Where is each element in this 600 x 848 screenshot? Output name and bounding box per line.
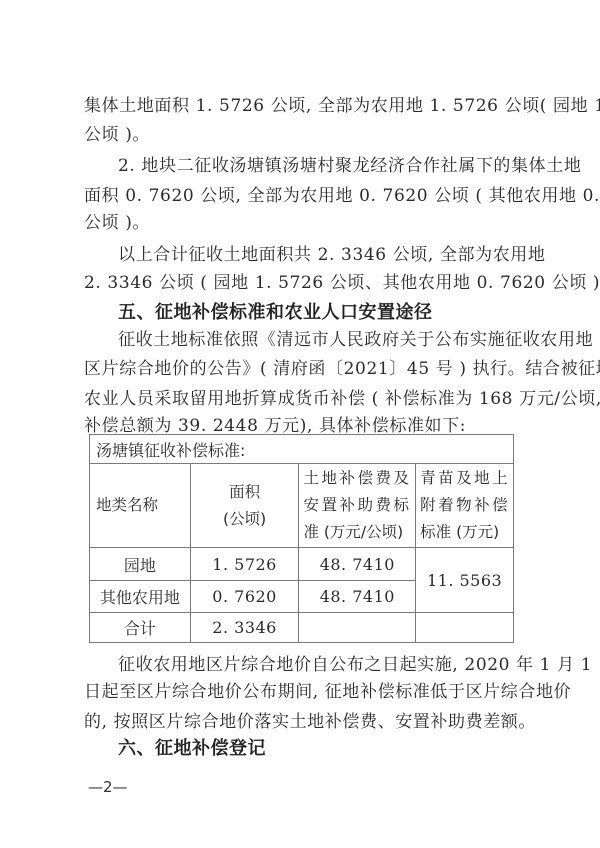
- cell-area: 1. 5726: [190, 548, 299, 581]
- paragraph-line: 公顷 )。: [84, 212, 534, 234]
- cell-total-area: 2. 3346: [190, 613, 299, 643]
- cell-land-type: 园地: [90, 548, 191, 581]
- cell-land-compensation: 48. 7410: [299, 581, 416, 613]
- compensation-table: 汤塘镇征收补偿标准: 地类名称 面积 (公顷) 土地补偿费及 安置补助费标 准 …: [89, 434, 514, 643]
- paragraph-line: 的, 按照区片综合地价落实土地补偿费、安置补助费差额。: [84, 711, 534, 733]
- page-number: —2—: [88, 778, 128, 796]
- header-label: 土地补偿费及: [303, 465, 415, 492]
- cell-total-land-compensation: [299, 613, 416, 643]
- paragraph-line: 以上合计征收土地面积共 2. 3346 公顷, 全部为农用地: [118, 244, 534, 266]
- paragraph-line: 2. 3346 公顷 ( 园地 1. 5726 公顷、其他农用地 0. 7620…: [84, 272, 534, 294]
- header-label: 安置补助费标: [303, 492, 415, 519]
- header-area: 面积 (公顷): [190, 464, 299, 548]
- table-total-row: 合计 2. 3346: [90, 613, 514, 643]
- paragraph-line: 农业人员采取留用地折算成货币补偿 ( 补偿标准为 168 万元/公顷,: [84, 388, 534, 410]
- header-crop-compensation: 青苗及地上 附着物补偿 标准 (万元): [416, 464, 514, 548]
- table-header-row: 地类名称 面积 (公顷) 土地补偿费及 安置补助费标 准 (万元/公顷) 青苗及…: [90, 464, 514, 548]
- paragraph-line: 区片综合地价的公告》( 清府函〔2021〕45 号 ) 执行。结合被征地: [84, 358, 534, 380]
- section-heading: 六、征地补偿登记: [118, 738, 266, 760]
- table-row: 园地 1. 5726 48. 7410 11. 5563: [90, 548, 514, 581]
- header-label: 标准 (万元): [420, 519, 513, 546]
- paragraph-line: 2. 地块二征收汤塘镇汤塘村聚龙经济合作社属下的集体土地: [118, 155, 534, 177]
- header-label: 面积: [191, 479, 299, 506]
- paragraph-line: 面积 0. 7620 公顷, 全部为农用地 0. 7620 公顷 ( 其他农用地…: [84, 185, 534, 207]
- paragraph-line: 征收农用地区片综合地价自公布之日起实施, 2020 年 1 月 1: [118, 654, 534, 676]
- header-label: 地类名称: [96, 496, 158, 514]
- header-label: (公顷): [191, 506, 299, 533]
- paragraph-line: 集体土地面积 1. 5726 公顷, 全部为农用地 1. 5726 公顷( 园地…: [84, 95, 534, 117]
- header-label: 附着物补偿: [420, 492, 513, 519]
- cell-land-type: 其他农用地: [90, 581, 191, 613]
- section-heading: 五、征地补偿标准和农业人口安置途径: [118, 302, 433, 324]
- table-caption-row: 汤塘镇征收补偿标准:: [90, 435, 514, 464]
- header-label: 青苗及地上: [420, 465, 513, 492]
- paragraph-line: 征收土地标准依照《清远市人民政府关于公布实施征收农用地: [118, 329, 534, 351]
- cell-total-crop-compensation: [416, 613, 514, 643]
- cell-crop-compensation: 11. 5563: [416, 548, 514, 613]
- header-label: 准 (万元/公顷): [303, 519, 415, 546]
- cell-area: 0. 7620: [190, 581, 299, 613]
- table-caption: 汤塘镇征收补偿标准:: [90, 435, 514, 464]
- cell-land-compensation: 48. 7410: [299, 548, 416, 581]
- paragraph-line: 公顷 )。: [84, 124, 534, 146]
- header-land-type: 地类名称: [90, 464, 191, 548]
- cell-total-label: 合计: [90, 613, 191, 643]
- paragraph-line: 日起至区片综合地价公布期间, 征地补偿标准低于区片综合地价: [84, 681, 534, 703]
- header-land-compensation: 土地补偿费及 安置补助费标 准 (万元/公顷): [299, 464, 416, 548]
- document-page: 集体土地面积 1. 5726 公顷, 全部为农用地 1. 5726 公顷( 园地…: [0, 0, 600, 848]
